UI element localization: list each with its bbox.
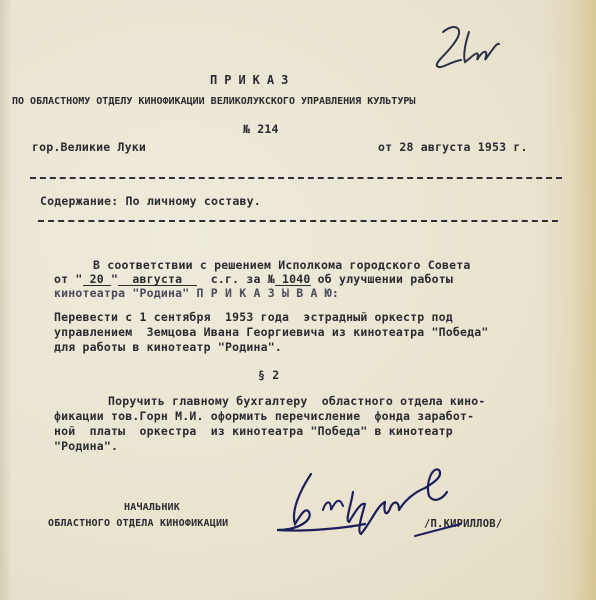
subject-value: По личному составу. xyxy=(126,194,261,208)
decision-number: 1040 xyxy=(275,273,311,286)
section1-line-2: управлением Земцова Ивана Георгиевича из… xyxy=(54,325,489,339)
section2-line-3: ной платы оркестра из кинотеатра "Победа… xyxy=(54,424,453,438)
handwritten-page-number xyxy=(425,20,515,70)
city: гор.Великие Луки xyxy=(32,140,146,154)
section1-line-1: Перевести с 1 сентября 1953 года эстрадн… xyxy=(54,310,453,324)
section2-line-4: "Родина". xyxy=(54,439,118,453)
document-subtitle: ПО ОБЛАСТНОМУ ОТДЕЛУ КИНОФИКАЦИИ ВЕЛИКОЛ… xyxy=(12,96,415,107)
subject-line: Содержание: По личному составу. xyxy=(40,194,261,208)
decision-month: августа xyxy=(118,273,196,286)
document-page: ПРИКАЗ ПО ОБЛАСТНОМУ ОТДЕЛУ КИНОФИКАЦИИ … xyxy=(0,0,596,600)
document-title: ПРИКАЗ xyxy=(210,73,295,87)
order-number: № 214 xyxy=(243,122,279,136)
section2-line-1: Поручить главному бухгалтеру областного … xyxy=(108,394,486,408)
preamble-line-1: В соответствии с решением Исполкома горо… xyxy=(93,258,471,272)
section1-line-3: для работы в кинотеатр "Родина". xyxy=(54,340,282,354)
divider-top xyxy=(30,177,562,179)
subject-label: Содержание: xyxy=(40,194,118,208)
decision-day: 20 xyxy=(83,273,112,286)
section2-heading: § 2 xyxy=(258,368,279,382)
signature xyxy=(265,462,465,542)
signatory-title-1: НАЧАЛЬНИК xyxy=(124,502,180,513)
section2-line-2: фикации тов.Горн М.И. оформить перечисле… xyxy=(54,409,474,423)
preamble-line-2: от " 20 " августа с.г. за № 1040 об улуч… xyxy=(54,272,453,286)
divider-bottom xyxy=(38,220,558,222)
order-date: от 28 августа 1953 г. xyxy=(378,140,528,154)
preamble-line-3: кинотеатра "Родина" П Р И К А З Ы В А Ю: xyxy=(54,286,339,300)
signatory-title-2: ОБЛАСТНОГО ОТДЕЛА КИНОФИКАЦИИ xyxy=(48,518,228,529)
